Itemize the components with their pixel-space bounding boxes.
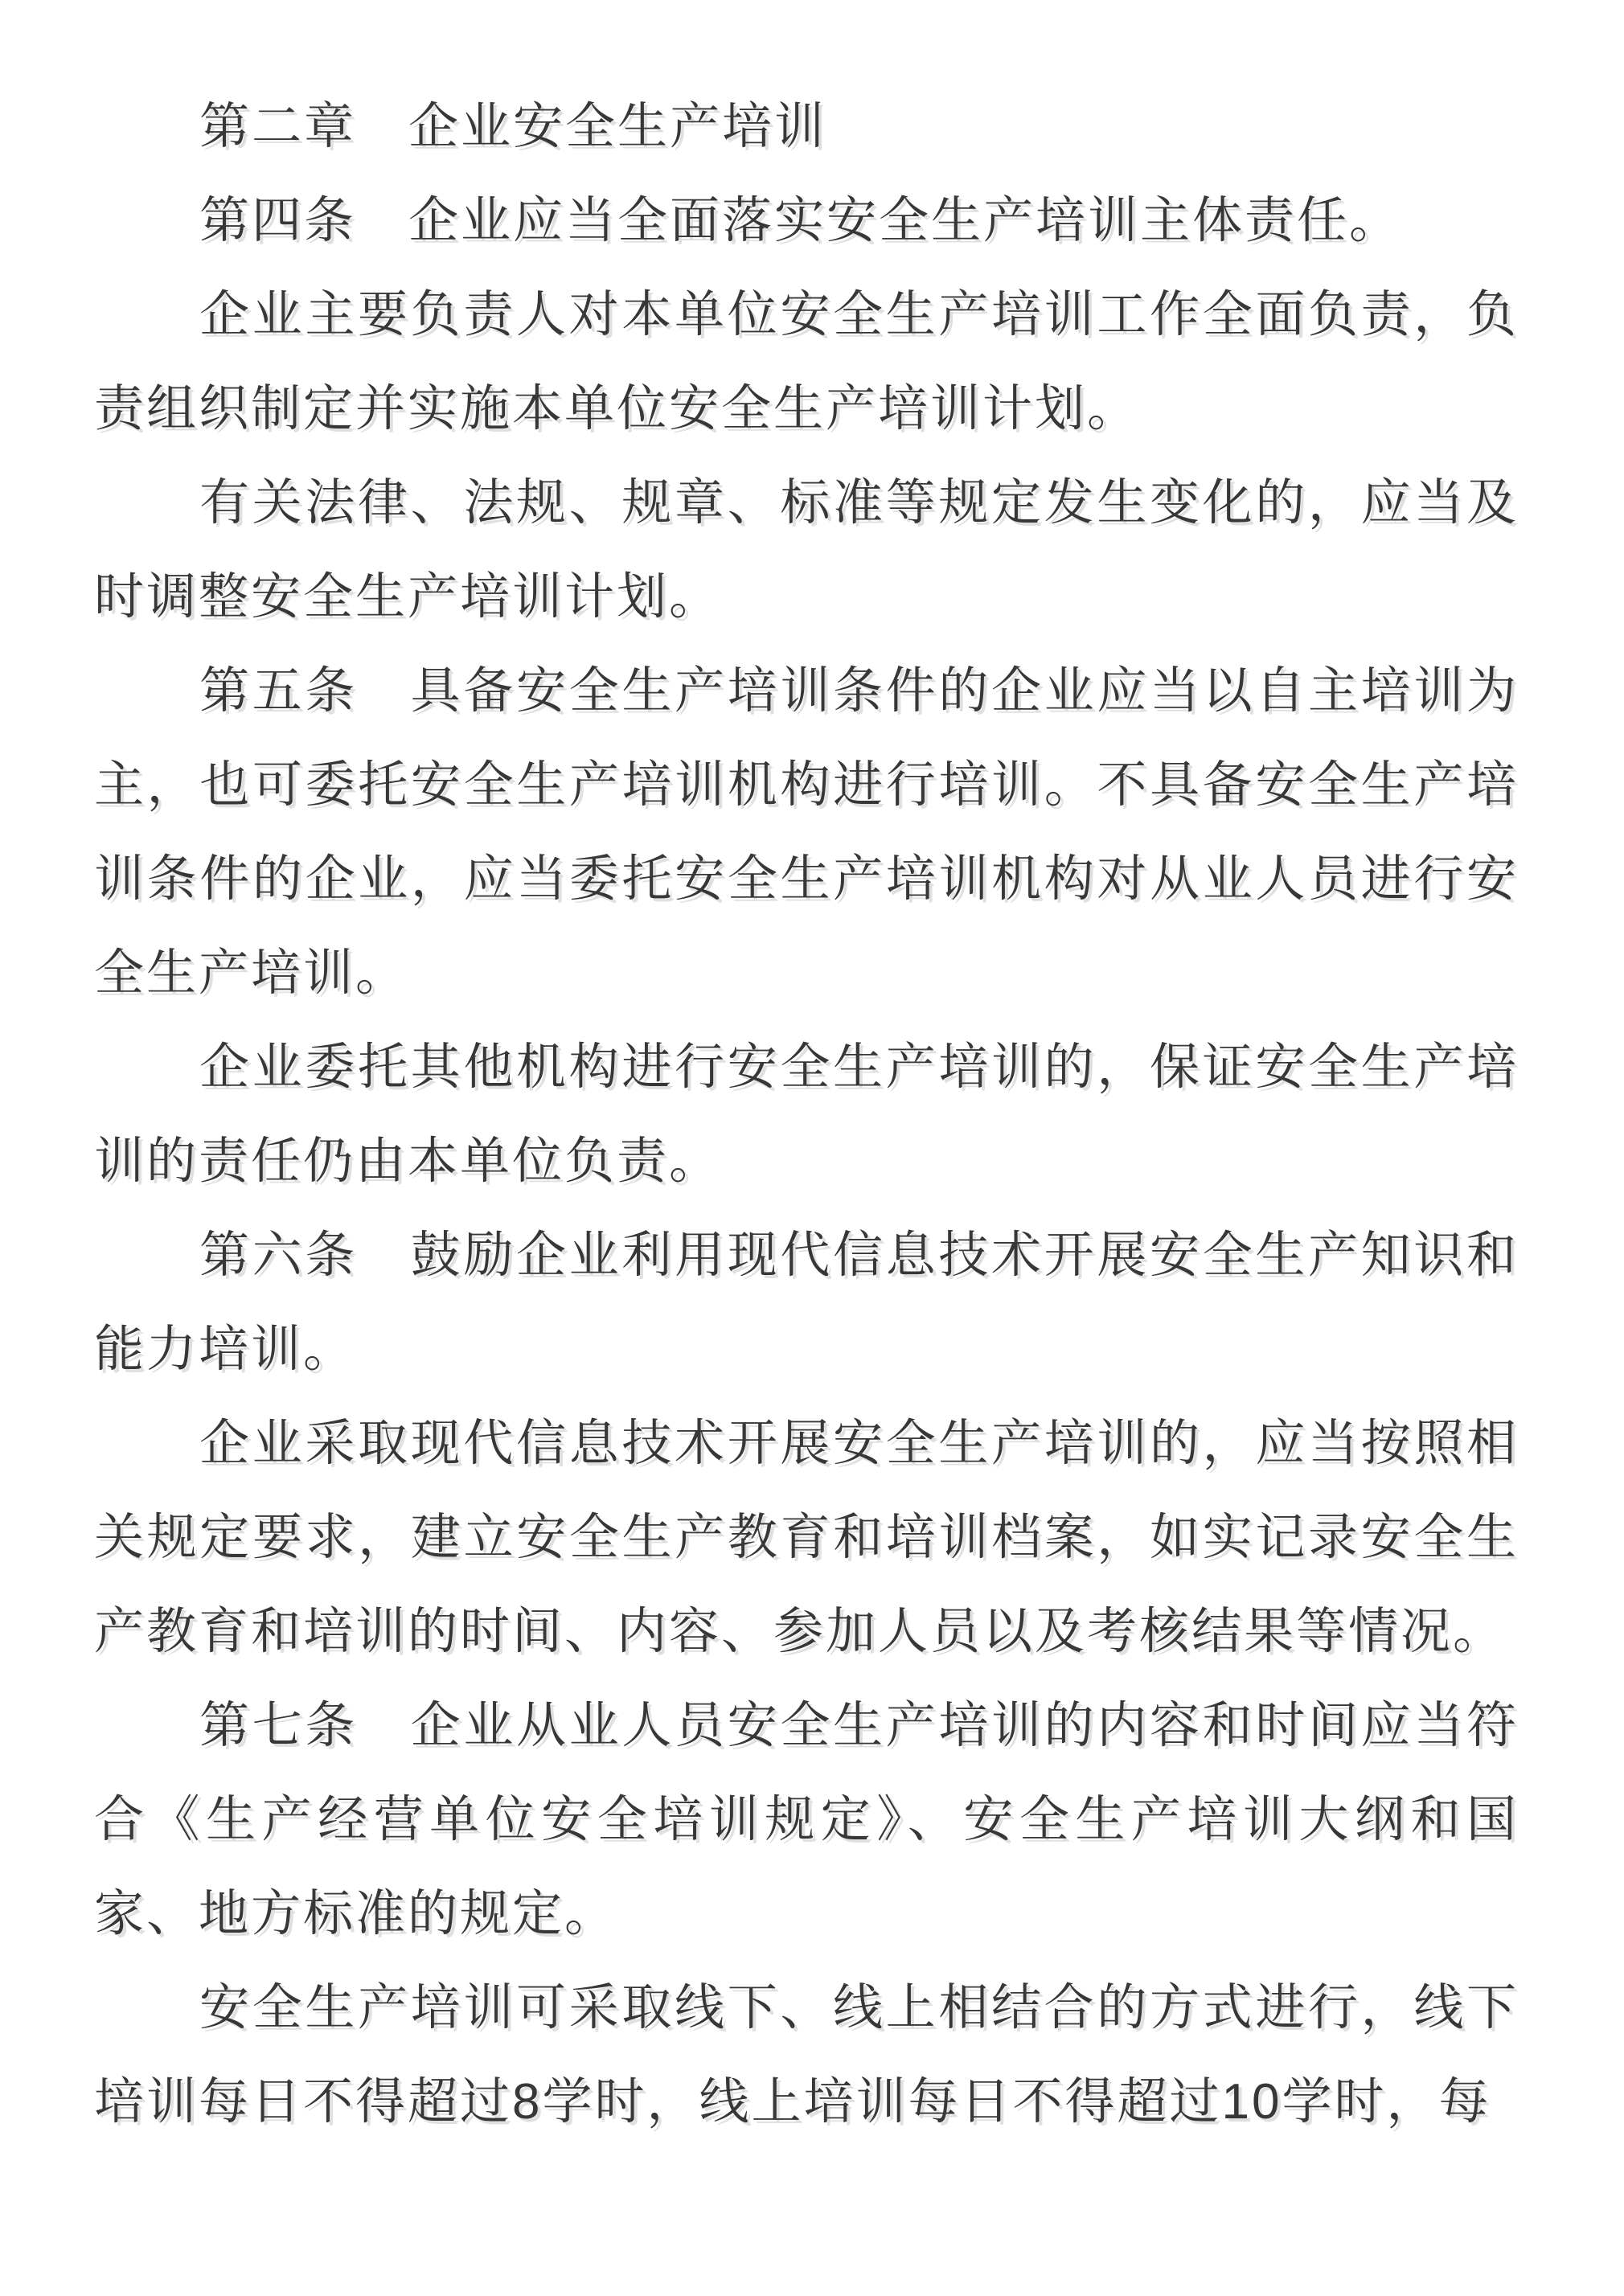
chapter-2-heading: 第二章 企业安全生产培训 xyxy=(94,80,1519,174)
article-4-lead: 第四条 企业应当全面落实安全生产培训主体责任。 xyxy=(94,174,1519,268)
article-5-para-2: 企业委托其他机构进行安全生产培训的，保证安全生产培训的责任仍由本单位负责。 xyxy=(94,1020,1519,1208)
article-4-para-3: 有关法律、法规、规章、标准等规定发生变化的，应当及时调整安全生产培训计划。 xyxy=(94,456,1519,644)
article-7-para-2: 安全生产培训可采取线下、线上相结合的方式进行，线下培训每日不得超过8学时，线上培… xyxy=(94,1961,1519,2149)
document-text-block: 第二章 企业安全生产培训第四条 企业应当全面落实安全生产培训主体责任。企业主要负… xyxy=(94,80,1519,2149)
article-5-lead: 第五条 具备安全生产培训条件的企业应当以自主培训为主，也可委托安全生产培训机构进… xyxy=(94,644,1519,1020)
article-7-lead: 第七条 企业从业人员安全生产培训的内容和时间应当符合《生产经营单位安全培训规定》… xyxy=(94,1679,1519,1961)
document-page: 第二章 企业安全生产培训第四条 企业应当全面落实安全生产培训主体责任。企业主要负… xyxy=(0,0,1624,2296)
article-6-lead: 第六条 鼓励企业利用现代信息技术开展安全生产知识和能力培训。 xyxy=(94,1208,1519,1396)
article-4-para-2: 企业主要负责人对本单位安全生产培训工作全面负责，负责组织制定并实施本单位安全生产… xyxy=(94,268,1519,456)
article-6-para-2: 企业采取现代信息技术开展安全生产培训的，应当按照相关规定要求，建立安全生产教育和… xyxy=(94,1396,1519,1679)
